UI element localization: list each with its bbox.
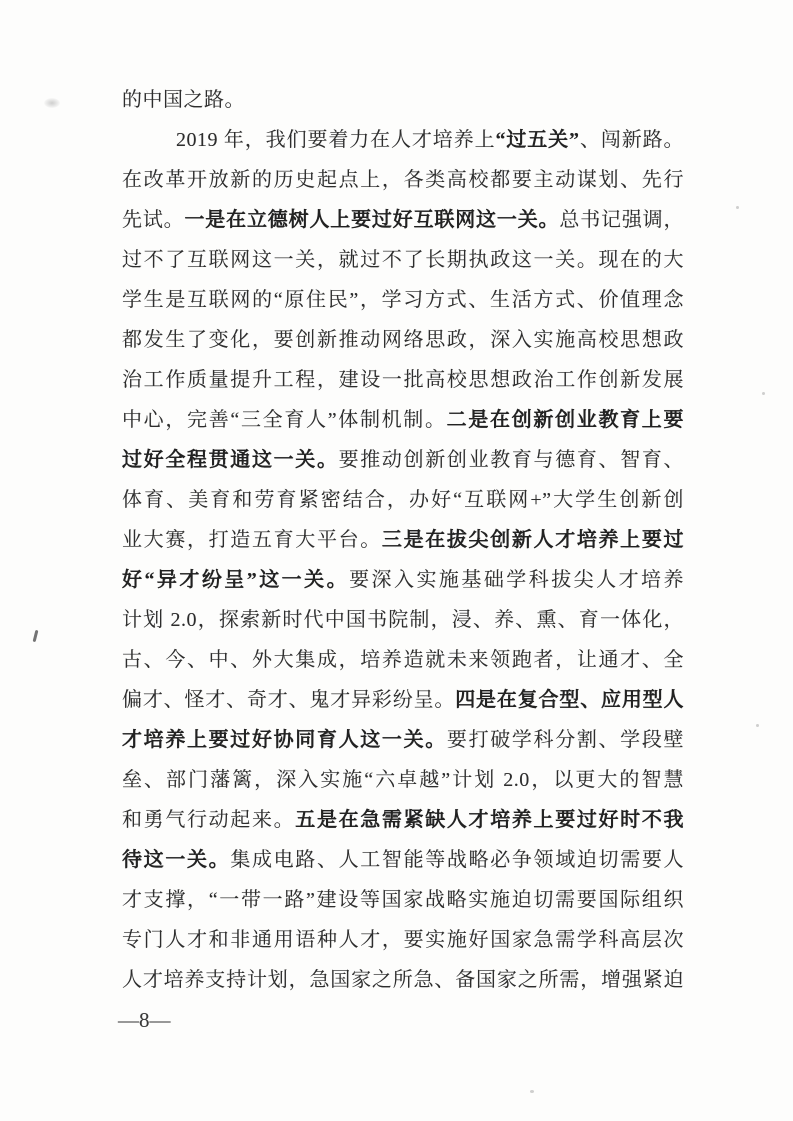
text-line: 的中国之路。 [122, 80, 684, 120]
body-run: 的中国之路。 [122, 89, 245, 111]
text-line: 人才培养支持计划，急国家之所急、备国家之所需，增强紧迫 [122, 960, 684, 1000]
emphasis-run: 四是在复合型、应用型人 [455, 689, 684, 711]
text-line: 学生是互联网的“原住民”，学习方式、生活方式、价值理念 [122, 280, 684, 320]
body-run: 学生是互联网的“原住民”，学习方式、生活方式、价值理念 [122, 289, 684, 311]
text-line: 和勇气行动起来。五是在急需紧缺人才培养上要过好时不我 [122, 800, 684, 840]
scan-speck [762, 392, 765, 395]
emphasis-run: 待这一关。 [122, 849, 230, 871]
body-run: 治工作质量提升工程，建设一批高校思想政治工作创新发展 [122, 369, 684, 391]
body-run: 过不了互联网这一关，就过不了长期执政这一关。现在的大 [122, 249, 684, 271]
scan-mark [33, 630, 39, 642]
text-line: 专门人才和非通用语种人才，要实施好国家急需学科高层次 [122, 920, 684, 960]
text-line: 垒、部门藩篱，深入实施“六卓越”计划 2.0，以更大的智慧 [122, 760, 684, 800]
text-line: 好“异才纷呈”这一关。要深入实施基础学科拔尖人才培养 [122, 560, 684, 600]
body-run: 体育、美育和劳育紧密结合，办好“互联网+”大学生创新创 [122, 489, 684, 511]
body-run: 2019 年，我们要着力在人才培养上 [176, 129, 495, 151]
text-line: 治工作质量提升工程，建设一批高校思想政治工作创新发展 [122, 360, 684, 400]
emphasis-run: 才培养上要过好协同育人这一关。 [122, 729, 447, 751]
text-line: 业大赛，打造五育大平台。三是在拔尖创新人才培养上要过 [122, 520, 684, 560]
body-run: 要推动创新创业教育与德育、智育、 [339, 449, 684, 471]
emphasis-run: 过好全程贯通这一关。 [122, 449, 339, 471]
body-run: 计划 2.0，探索新时代中国书院制，浸、养、熏、育一体化， [122, 609, 684, 631]
emphasis-run: 三是在拔尖创新人才培养上要过 [382, 529, 684, 551]
text-line: 偏才、怪才、奇才、鬼才异彩纷呈。四是在复合型、应用型人 [122, 680, 684, 720]
text-line: 过好全程贯通这一关。要推动创新创业教育与德育、智育、 [122, 440, 684, 480]
scan-speck [736, 206, 739, 209]
body-run: 才支撑，“一带一路”建设等国家战略实施迫切需要国际组织 [122, 889, 684, 911]
page-number: —8— [118, 1002, 171, 1038]
scan-speck [530, 1090, 534, 1093]
body-run: 垒、部门藩篱，深入实施“六卓越”计划 2.0，以更大的智慧 [122, 769, 684, 791]
body-run: 古、今、中、外大集成，培养造就未来领跑者，让通才、全才、 [122, 649, 684, 680]
scan-speck [756, 724, 759, 727]
text-line: 在改革开放新的历史起点上，各类高校都要主动谋划、先行 [122, 160, 684, 200]
emphasis-run: 好“异才纷呈”这一关。 [122, 569, 349, 591]
text-line: 才支撑，“一带一路”建设等国家战略实施迫切需要国际组织 [122, 880, 684, 920]
text-line: 体育、美育和劳育紧密结合，办好“互联网+”大学生创新创 [122, 480, 684, 520]
text-line: 中心，完善“三全育人”体制机制。二是在创新创业教育上要 [122, 400, 684, 440]
text-line: 计划 2.0，探索新时代中国书院制，浸、养、熏、育一体化， [122, 600, 684, 640]
body-run: 集成电路、人工智能等战略必争领域迫切需要人 [230, 849, 684, 871]
body-run: 先试。 [122, 209, 184, 231]
body-run: 在改革开放新的历史起点上，各类高校都要主动谋划、先行 [122, 169, 684, 191]
document-page: 的中国之路。2019 年，我们要着力在人才培养上“过五关”、闯新路。在改革开放新… [0, 0, 793, 1121]
body-text: 的中国之路。2019 年，我们要着力在人才培养上“过五关”、闯新路。在改革开放新… [122, 80, 684, 1000]
text-line: 过不了互联网这一关，就过不了长期执政这一关。现在的大 [122, 240, 684, 280]
body-run: 要深入实施基础学科拔尖人才培养 [349, 569, 684, 591]
emphasis-run: 五是在急需紧缺人才培养上要过好时不我 [295, 809, 684, 831]
body-run: 专门人才和非通用语种人才，要实施好国家急需学科高层次 [122, 929, 684, 951]
body-run: 和勇气行动起来。 [122, 809, 295, 831]
body-run: 偏才、怪才、奇才、鬼才异彩纷呈。 [122, 689, 455, 711]
body-run: 要打破学科分割、学段壁 [447, 729, 684, 751]
body-run: 人才培养支持计划，急国家之所急、备国家之所需，增强紧迫 [122, 969, 684, 991]
emphasis-run: “过五关” [495, 129, 579, 151]
scan-smudge [44, 98, 60, 108]
text-line: 才培养上要过好协同育人这一关。要打破学科分割、学段壁 [122, 720, 684, 760]
text-line: 先试。一是在立德树人上要过好互联网这一关。总书记强调， [122, 200, 684, 240]
body-run: 、闯新路。 [580, 129, 684, 151]
text-line: 古、今、中、外大集成，培养造就未来领跑者，让通才、全才、 [122, 640, 684, 680]
body-run: 总书记强调， [559, 209, 684, 231]
emphasis-run: 二是在创新创业教育上要 [447, 409, 684, 431]
body-run: 中心，完善“三全育人”体制机制。 [122, 409, 447, 431]
text-line: 待这一关。集成电路、人工智能等战略必争领域迫切需要人 [122, 840, 684, 880]
body-run: 都发生了变化，要创新推动网络思政，深入实施高校思想政 [122, 329, 684, 351]
text-line: 都发生了变化，要创新推动网络思政，深入实施高校思想政 [122, 320, 684, 360]
text-line: 2019 年，我们要着力在人才培养上“过五关”、闯新路。 [122, 120, 684, 160]
emphasis-run: 一是在立德树人上要过好互联网这一关。 [184, 209, 559, 231]
body-run: 业大赛，打造五育大平台。 [122, 529, 382, 551]
